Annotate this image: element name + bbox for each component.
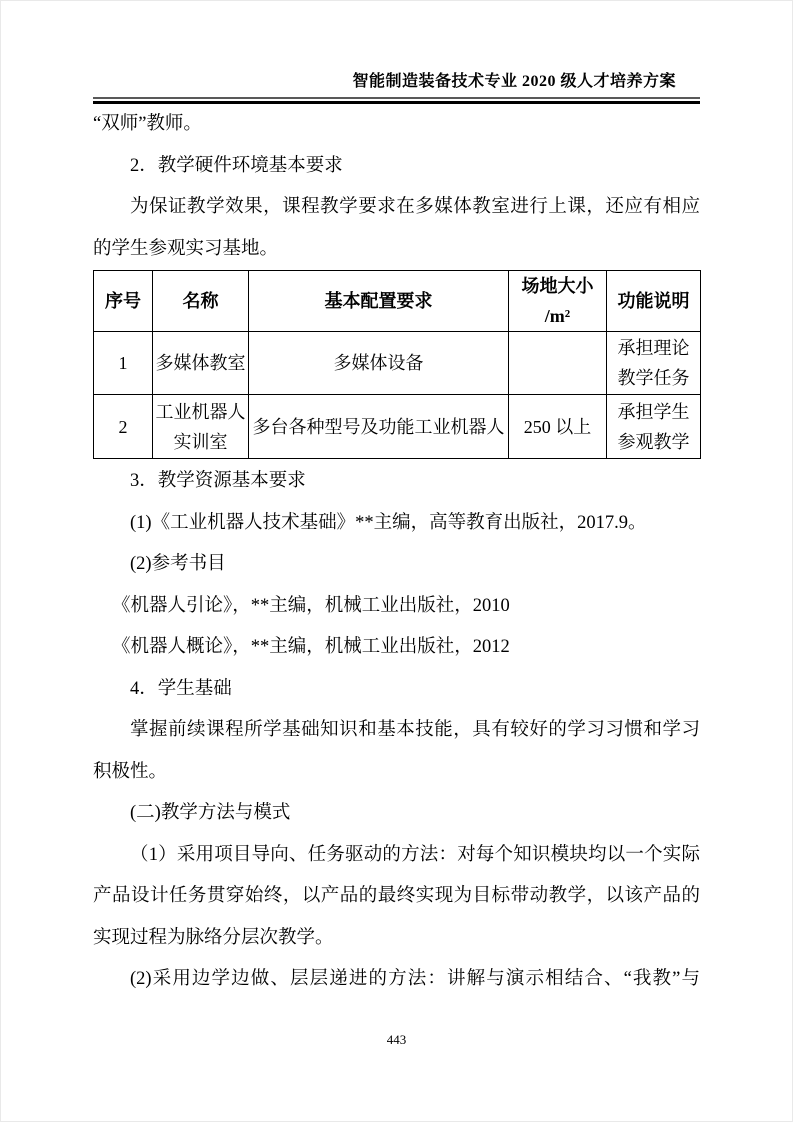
section-heading-student-basis: 4．学生基础	[93, 669, 700, 711]
body-line: (2)采用边学边做、层层递进的方法：讲解与演示相结合、“我教”与	[93, 959, 700, 1001]
body-line: 产品设计任务贯穿始终，以产品的最终实现为目标带动教学，以该产品的	[93, 876, 700, 918]
header-divider	[93, 97, 700, 104]
body-line: 的学生参观实习基地。	[93, 229, 700, 271]
body-line: 实现过程为脉络分层次教学。	[93, 918, 700, 960]
table-header-config: 基本配置要求	[249, 271, 509, 332]
cell-name: 工业机器人 实训室	[153, 395, 249, 459]
cell-config: 多台各种型号及功能工业机器人	[249, 395, 509, 459]
body-text-upper: “双师”教师。 2．教学硬件环境基本要求 为保证教学效果，课程教学要求在多媒体教…	[93, 104, 700, 270]
body-line: (2)参考书目	[93, 544, 700, 586]
section-heading-hardware-env: 2．教学硬件环境基本要求	[93, 146, 700, 188]
facility-requirements-table: 序号 名称 基本配置要求 场地大小 /m² 功能说明 1 多媒体教室 多媒体设备…	[93, 270, 701, 459]
cell-config: 多媒体设备	[249, 332, 509, 395]
section-heading-teaching-methods: (二)教学方法与模式	[93, 793, 700, 835]
body-line: 为保证教学效果，课程教学要求在多媒体教室进行上课，还应有相应	[93, 187, 700, 229]
body-line: “双师”教师。	[93, 104, 700, 146]
table-header-function: 功能说明	[607, 271, 701, 332]
body-line: 《机器人引论》，**主编，机械工业出版社，2010	[93, 586, 700, 628]
table-header-area: 场地大小 /m²	[509, 271, 607, 332]
body-line: 掌握前续课程所学基础知识和基本技能，具有较好的学习习惯和学习	[93, 710, 700, 752]
cell-no: 1	[94, 332, 153, 395]
page-header-title: 智能制造装备技术专业 2020 级人才培养方案	[93, 68, 676, 91]
page-number: 443	[0, 1030, 793, 1050]
table-row: 1 多媒体教室 多媒体设备 承担理论 教学任务	[94, 332, 701, 395]
cell-function: 承担理论 教学任务	[607, 332, 701, 395]
cell-no: 2	[94, 395, 153, 459]
body-line: （1）采用项目导向、任务驱动的方法：对每个知识模块均以一个实际	[93, 835, 700, 877]
table-header-no: 序号	[94, 271, 153, 332]
section-heading-teaching-resources: 3．教学资源基本要求	[93, 461, 700, 503]
cell-area: 250 以上	[509, 395, 607, 459]
body-line: (1)《工业机器人技术基础》**主编，高等教育出版社，2017.9。	[93, 503, 700, 545]
body-text-lower: 3．教学资源基本要求 (1)《工业机器人技术基础》**主编，高等教育出版社，20…	[93, 461, 700, 1001]
table-header-name: 名称	[153, 271, 249, 332]
cell-name: 多媒体教室	[153, 332, 249, 395]
document-page: 智能制造装备技术专业 2020 级人才培养方案 “双师”教师。 2．教学硬件环境…	[0, 0, 793, 1122]
table-header-row: 序号 名称 基本配置要求 场地大小 /m² 功能说明	[94, 271, 701, 332]
table-row: 2 工业机器人 实训室 多台各种型号及功能工业机器人 250 以上 承担学生 参…	[94, 395, 701, 459]
body-line: 《机器人概论》，**主编，机械工业出版社，2012	[93, 627, 700, 669]
cell-function: 承担学生 参观教学	[607, 395, 701, 459]
body-line: 积极性。	[93, 752, 700, 794]
cell-area	[509, 332, 607, 395]
